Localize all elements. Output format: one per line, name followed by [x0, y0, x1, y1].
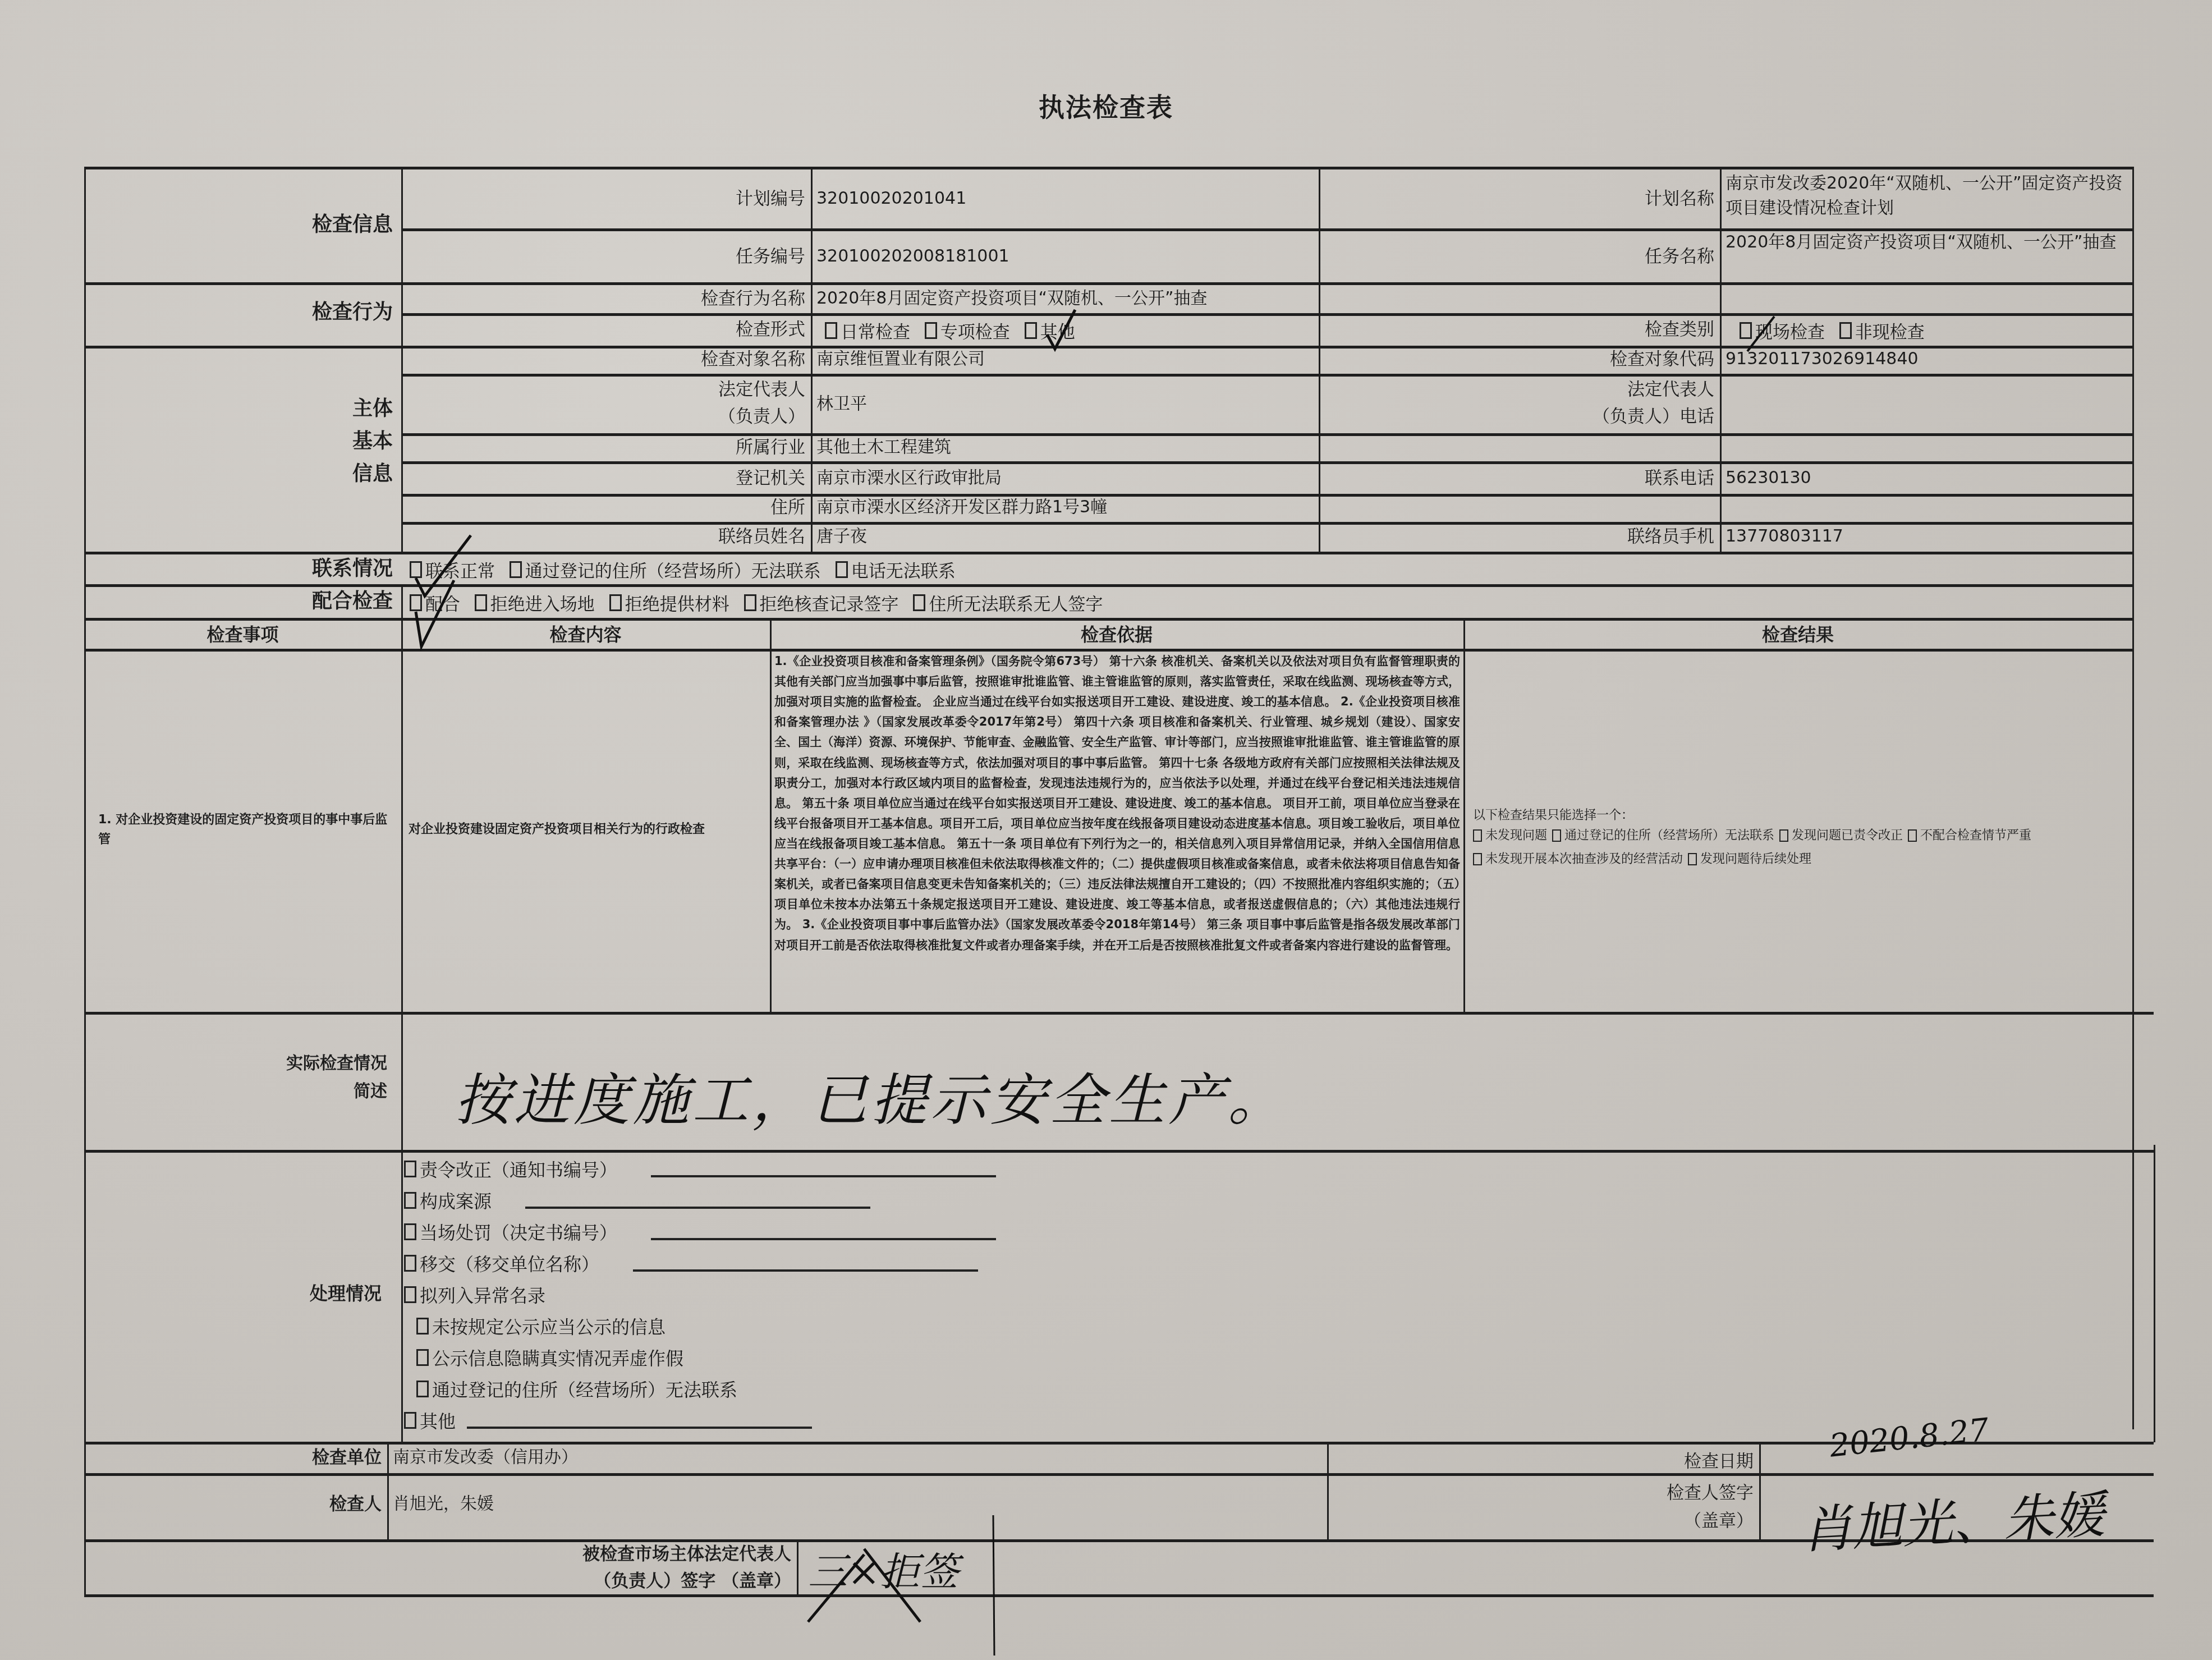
header-result: 检查结果 [1463, 621, 2132, 646]
unit-label: 检查单位 [90, 1445, 382, 1470]
contact-phone-label: 联系电话 [1321, 466, 1714, 491]
checkbox[interactable] [825, 322, 837, 339]
cooperation-option-refuse-entry[interactable]: 拒绝进入场地 [475, 590, 595, 615]
checkbox[interactable] [913, 594, 925, 611]
result-cell: 以下检查结果只能选择一个： 未发现问题 通过登记的住所（经营场所）无法联系 发现… [1473, 805, 2130, 872]
target-code-label: 检查对象代码 [1321, 347, 1714, 372]
checkbox[interactable] [404, 1223, 416, 1240]
result-option-uncooperative[interactable]: 不配合检查情节严重 [1908, 825, 2031, 846]
table-border-right-lower [2154, 1145, 2155, 1442]
cooperation-option-no-signer[interactable]: 住所无法联系无人签字 [913, 590, 1103, 615]
category-option-offsite[interactable]: 非现检查 [1839, 318, 1925, 343]
actual-situation-handwriting: 按进度施工，已提示安全生产。 [455, 1055, 1287, 1136]
liaison-mobile-value: 13770803117 [1725, 524, 2130, 549]
date-label: 检查日期 [1330, 1449, 1754, 1474]
header-content: 检查内容 [401, 621, 770, 646]
result-option-address-unreachable[interactable]: 通过登记的住所（经营场所）无法联系 [1552, 825, 1774, 846]
target-name-label: 检查对象名称 [404, 347, 805, 372]
cooperation-label: 配合检查 [90, 585, 393, 618]
signature-strokes-icon [797, 1510, 1032, 1656]
page-title: 执法检查表 [0, 87, 2212, 124]
checkbox[interactable] [1908, 829, 1917, 842]
section-subject-info: 主体 基本 信息 [90, 393, 393, 490]
basis-cell: 1.《企业投资项目核准和备案管理条例》（国务院令第673号） 第十六条 核准机关… [774, 651, 1460, 955]
target-code-value: 913201173026914840 [1725, 347, 2130, 372]
unit-value: 南京市发改委（信用办） [393, 1445, 1319, 1470]
handling-options: 责令改正（通知书编号） 构成案源 当场处罚（决定书编号） 移交（移交单位名称） … [404, 1153, 1414, 1436]
checkbox[interactable] [1473, 829, 1482, 842]
category-label: 检查类别 [1321, 317, 1714, 342]
legal-rep-label: 法定代表人 （负责人） [404, 376, 805, 430]
form-label: 检查形式 [404, 317, 805, 342]
rectify-notice-blank[interactable] [651, 1175, 996, 1177]
industry-value: 其他土木工程建筑 [816, 435, 1826, 460]
contact-status-options: 联系正常 通过登记的住所（经营场所）无法联系 电话无法联系 [410, 557, 965, 583]
legal-rep-phone-label: 法定代表人 （负责人）电话 [1321, 376, 1714, 430]
plan-name-value: 南京市发改委2020年“双随机、一公开”固定资产投资项目建设情况检查计划 [1725, 171, 2130, 220]
liaison-mobile-label: 联络员手机 [1321, 524, 1714, 549]
checkbox[interactable] [404, 1161, 416, 1177]
handling-suboption-falsified[interactable]: 公示信息隐瞒真实情况弄虚作假 [404, 1342, 1414, 1373]
result-option-no-activity[interactable]: 未发现开展本次抽查涉及的经营活动 [1473, 849, 1683, 869]
case-source-blank[interactable] [525, 1207, 870, 1209]
handling-option-abnormal-list[interactable]: 拟列入异常名录 [404, 1279, 1414, 1310]
action-name-label: 检查行为名称 [404, 286, 805, 311]
handling-option-on-site-penalty[interactable]: 当场处罚（决定书编号） [404, 1216, 1414, 1248]
checkbox[interactable] [404, 1255, 416, 1272]
cooperation-option-refuse-materials[interactable]: 拒绝提供材料 [609, 590, 729, 615]
plan-no-label: 计划编号 [404, 186, 805, 212]
date-handwriting: 2020.8.27 [1828, 1411, 1990, 1464]
legal-rep-value: 林卫平 [816, 392, 1310, 416]
handling-option-other[interactable]: 其他 [404, 1405, 1414, 1436]
checkbox[interactable] [1839, 322, 1852, 339]
checkbox[interactable] [416, 1318, 429, 1335]
task-name-label: 任务名称 [1321, 244, 1714, 269]
checkbox-checked[interactable] [1025, 322, 1037, 339]
liaison-name-value: 唐子夜 [816, 524, 1310, 549]
form-option-daily[interactable]: 日常检查 [825, 318, 910, 343]
checkbox[interactable] [925, 322, 937, 339]
checkmark-icon [1045, 308, 1079, 352]
header-item: 检查事项 [84, 621, 401, 646]
handling-suboption-not-disclosed[interactable]: 未按规定公示应当公示的信息 [404, 1310, 1414, 1342]
section-inspection-action: 检查行为 [90, 296, 393, 329]
contact-phone-value: 56230130 [1725, 466, 2130, 490]
checkbox[interactable] [744, 594, 756, 611]
other-blank[interactable] [467, 1427, 812, 1429]
actual-situation-label: 实际检查情况 简述 [90, 1049, 387, 1106]
contact-option-phone-unreachable[interactable]: 电话无法联系 [836, 557, 956, 582]
checkbox[interactable] [404, 1412, 416, 1429]
checkbox[interactable] [404, 1286, 416, 1303]
result-option-no-problem[interactable]: 未发现问题 [1473, 825, 1547, 846]
checkbox[interactable] [510, 561, 522, 578]
item-cell: 1. 对企业投资建设的固定资产投资项目的事中事后监管 [98, 810, 396, 849]
address-value: 南京市溧水区经济开发区群力路1号3幢 [816, 495, 1826, 520]
subject-sign-label: 被检查市场主体法定代表人 （负责人）签字 （盖章） [393, 1540, 791, 1594]
content-cell: 对企业投资建设固定资产投资项目相关行为的行政检查 [409, 819, 768, 839]
target-name-value: 南京维恒置业有限公司 [816, 347, 1310, 372]
handling-suboption-address-unreachable[interactable]: 通过登记的住所（经营场所）无法联系 [404, 1373, 1414, 1405]
task-no-label: 任务编号 [404, 244, 805, 269]
checkbox[interactable] [1552, 829, 1561, 842]
action-name-value: 2020年8月固定资产投资项目“双随机、一公开”抽查 [816, 286, 1826, 311]
cooperation-option-refuse-sign[interactable]: 拒绝核查记录签字 [744, 590, 899, 615]
address-label: 住所 [404, 495, 805, 520]
plan-name-label: 计划名称 [1321, 186, 1714, 212]
checkbox[interactable] [1688, 853, 1697, 865]
penalty-decision-blank[interactable] [651, 1238, 996, 1240]
checkbox[interactable] [416, 1381, 429, 1397]
result-intro: 以下检查结果只能选择一个： [1473, 805, 2130, 825]
handling-label: 处理情况 [90, 1280, 382, 1308]
checkbox[interactable] [404, 1192, 416, 1209]
plan-no-value: 32010020201041 [816, 186, 1310, 211]
section-inspection-info: 检查信息 [90, 209, 393, 241]
checkbox[interactable] [1473, 853, 1482, 865]
table-border-left [84, 167, 86, 1595]
checkbox[interactable] [475, 594, 487, 611]
task-no-value: 320100202008181001 [816, 244, 1310, 269]
header-basis: 检查依据 [770, 621, 1463, 646]
form-option-special[interactable]: 专项检查 [925, 318, 1010, 343]
contact-option-address-unreachable[interactable]: 通过登记的住所（经营场所）无法联系 [510, 557, 821, 582]
checkbox[interactable] [416, 1349, 429, 1366]
table-border-right [2132, 167, 2134, 1429]
inspector-sign-label: 检查人签字 （盖章） [1330, 1479, 1754, 1535]
registry-label: 登记机关 [404, 466, 805, 491]
inspectors-label: 检查人 [90, 1492, 382, 1517]
handling-option-transfer[interactable]: 移交（移交单位名称） [404, 1248, 1414, 1279]
cooperation-options: 配合 拒绝进入场地 拒绝提供材料 拒绝核查记录签字 住所无法联系无人签字 [410, 590, 1112, 616]
checkbox[interactable] [1779, 829, 1788, 842]
result-option-corrected[interactable]: 发现问题已责令改正 [1779, 825, 1903, 846]
contact-status-label: 联系情况 [90, 553, 393, 585]
inspector-signature[interactable]: 肖旭光、朱媛 [1800, 1474, 2106, 1562]
handling-option-rectify[interactable]: 责令改正（通知书编号） [404, 1153, 1414, 1185]
checkbox[interactable] [609, 594, 622, 611]
result-option-pending[interactable]: 发现问题待后续处理 [1688, 849, 1811, 869]
handling-option-case-source[interactable]: 构成案源 [404, 1185, 1414, 1216]
result-options: 未发现问题 通过登记的住所（经营场所）无法联系 发现问题已责令改正 不配合检查情… [1473, 825, 2130, 872]
checkbox[interactable] [836, 561, 848, 578]
registry-value: 南京市溧水区行政审批局 [816, 466, 1310, 490]
task-name-value: 2020年8月固定资产投资项目“双随机、一公开”抽查 [1725, 230, 2130, 255]
industry-label: 所属行业 [404, 435, 805, 460]
transfer-unit-blank[interactable] [633, 1269, 978, 1272]
